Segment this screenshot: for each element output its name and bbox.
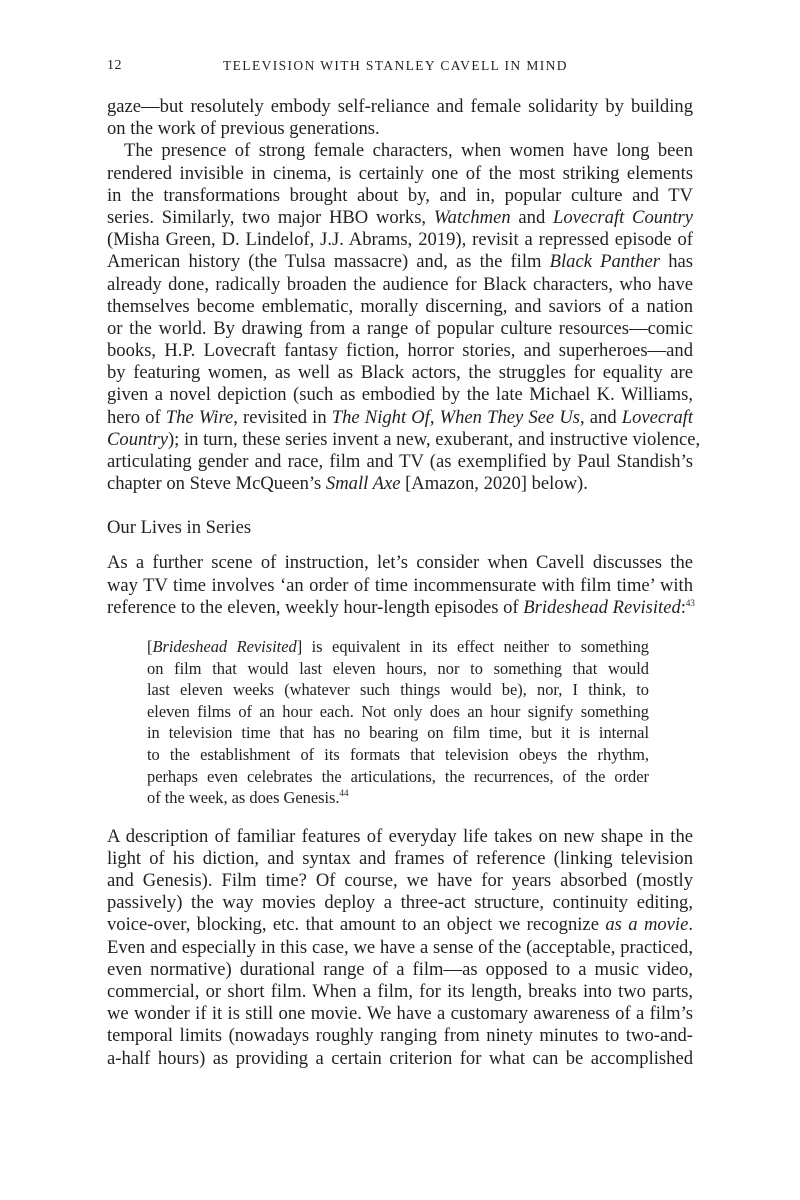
block-quote: [Brideshead Revisited] is equivalent in … [107,636,693,809]
title-lovecraft: Lovecraft [622,407,693,428]
quote-line: eleven films of an hour each. Not only d… [147,701,649,723]
text-line: series. Similarly, two major HBO works, … [107,207,693,229]
title-brideshead-revisited: Brideshead Revisited [152,637,296,656]
quote-line: [Brideshead Revisited] is equivalent in … [147,636,649,658]
footnote-ref-43[interactable]: 43 [686,598,695,608]
text-line: reference to the eleven, weekly hour-len… [107,597,693,619]
quote-line: last eleven weeks (whatever such things … [147,679,649,701]
quote-line: in television time that has no bearing o… [147,722,649,744]
title-small-axe: Small Axe [326,473,401,494]
text-line: rendered invisible in cinema, is certain… [107,163,693,185]
text-line: hero of The Wire, revisited in The Night… [107,407,693,429]
text-line: a-half hours) as providing a certain cri… [107,1048,693,1070]
quote-line: of the week, as does Genesis.44 [147,787,649,809]
quote-line: to the establishment of its formats that… [147,744,649,766]
text-line: way TV time involves ‘an order of time i… [107,575,693,597]
title-watchmen: Watchmen [434,207,511,228]
text-line: (Misha Green, D. Lindelof, J.J. Abrams, … [107,229,693,251]
paragraph-film-time: A description of familiar features of ev… [107,826,693,1070]
title-when-they-see-us: When They See Us [440,407,580,428]
quote-line: on film that would last eleven hours, no… [147,658,649,680]
emphasis-as-a-movie: as a movie [605,914,688,935]
text-line: on the work of previous generations. [107,118,693,140]
text-line: commercial, or short film. When a film, … [107,981,693,1003]
text-line: or the world. By drawing from a range of… [107,318,693,340]
footnote-ref-44[interactable]: 44 [340,788,349,798]
text-line: gaze—but resolutely embody self-reliance… [107,96,693,118]
paragraph-continuation: gaze—but resolutely embody self-reliance… [107,96,693,140]
text-line: chapter on Steve McQueen’s Small Axe [Am… [107,473,693,495]
text-line: Country); in turn, these series invent a… [107,429,693,451]
book-page: 12 TELEVISION WITH STANLEY CAVELL IN MIN… [0,0,800,1200]
text-line: books, H.P. Lovecraft fantasy fiction, h… [107,340,693,362]
section-heading: Our Lives in Series [107,517,693,539]
text-line: even normative) durational range of a fi… [107,959,693,981]
text-line: voice-over, blocking, etc. that amount t… [107,914,693,936]
running-title: TELEVISION WITH STANLEY CAVELL IN MIND [223,58,568,74]
paragraph-scene-of-instruction: As a further scene of instruction, let’s… [107,552,693,619]
text-line: in the transformations brought about by,… [107,185,693,207]
paragraph-female-characters: The presence of strong female characters… [107,140,693,495]
text-line: American history (the Tulsa massacre) an… [107,251,693,273]
text-line: themselves become emblematic, morally di… [107,296,693,318]
page-number: 12 [107,58,122,74]
text-line: articulating gender and race, film and T… [107,451,693,473]
body-text: gaze—but resolutely embody self-reliance… [107,96,693,1070]
quote-line: perhaps even celebrates the articulation… [147,766,649,788]
text-line: and Genesis). Film time? Of course, we h… [107,870,693,892]
text-line: As a further scene of instruction, let’s… [107,552,693,574]
text-line: passively) the way movies deploy a three… [107,892,693,914]
text-line: already done, radically broaden the audi… [107,274,693,296]
title-the-night-of: The Night Of [332,407,430,428]
text-line: temporal limits (nowadays roughly rangin… [107,1025,693,1047]
text-line: Even and especially in this case, we hav… [107,937,693,959]
text-line: we wonder if it is still one movie. We h… [107,1003,693,1025]
title-lovecraft-country: Lovecraft Country [553,207,693,228]
text-line: light of his diction, and syntax and fra… [107,848,693,870]
text-line: given a novel depiction (such as embodie… [107,384,693,406]
title-brideshead-revisited: Brideshead Revisited [523,597,680,618]
title-country: Country [107,429,168,450]
text-line: by featuring women, as well as Black act… [107,362,693,384]
text-line: The presence of strong female characters… [107,140,693,162]
title-black-panther: Black Panther [550,251,660,272]
title-the-wire: The Wire [166,407,233,428]
text-line: A description of familiar features of ev… [107,826,693,848]
running-header: 12 TELEVISION WITH STANLEY CAVELL IN MIN… [107,58,693,78]
